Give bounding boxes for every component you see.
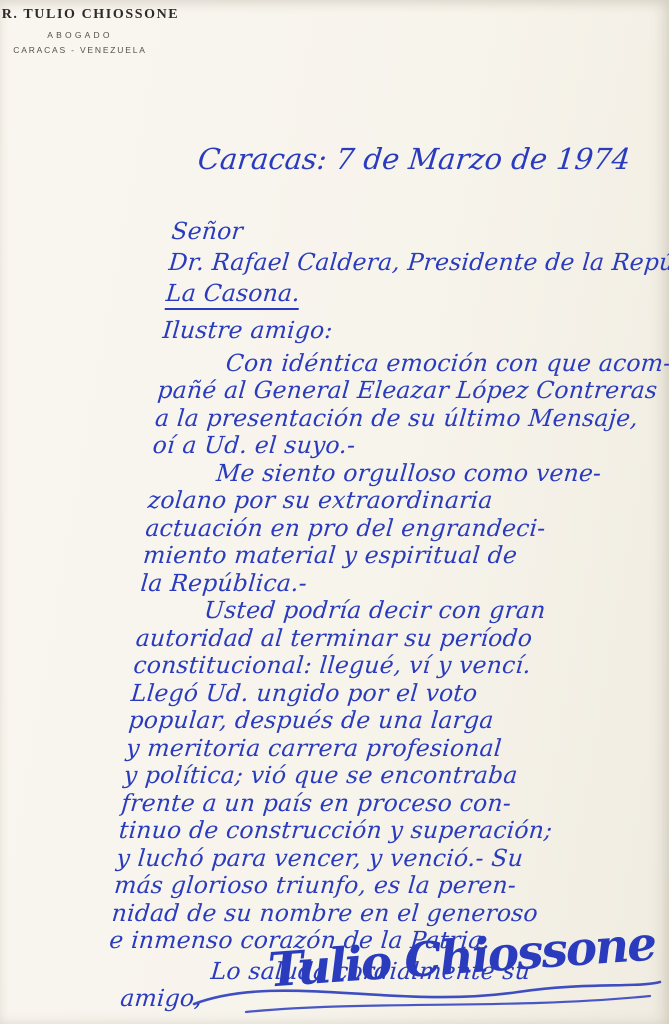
letter-body: Señor Dr. Rafael Caldera, Presidente de … bbox=[103, 216, 669, 1013]
letter-line: frente a un país en proceso con- bbox=[120, 790, 649, 818]
letter-line: a la presentación de su último Mensaje, bbox=[154, 405, 669, 433]
letter-line: Me siento orgulloso como vene- bbox=[149, 460, 669, 488]
letter-page: DR. TULIO CHIOSSONE ABOGADO CARACAS - VE… bbox=[0, 0, 669, 1024]
date-line: Caracas: 7 de Marzo de 1974 bbox=[196, 142, 632, 176]
letterhead: DR. TULIO CHIOSSONE ABOGADO CARACAS - VE… bbox=[0, 7, 170, 55]
letter-line: Usted podría decir con gran bbox=[137, 597, 666, 625]
letter-line: actuación en pro del engrandeci- bbox=[144, 515, 669, 543]
letter-line: Llegó Ud. ungido por el voto bbox=[130, 680, 659, 708]
letterhead-title: ABOGADO bbox=[0, 30, 170, 40]
letter-line: autoridad al terminar su período bbox=[135, 625, 664, 653]
letter-line: oí a Ud. el suyo.- bbox=[152, 432, 669, 460]
letter-line: popular, después de una larga bbox=[127, 707, 656, 735]
letterhead-location: CARACAS - VENEZUELA bbox=[0, 45, 170, 55]
letterhead-name: DR. TULIO CHIOSSONE bbox=[0, 7, 170, 23]
letter-line: pañé al General Eleazar López Contreras bbox=[156, 377, 669, 405]
letter-line: zolano por su extraordinaria bbox=[147, 487, 669, 515]
recipient-line: Señor bbox=[170, 216, 669, 247]
letter-line: Con idéntica emoción con que acom- bbox=[159, 350, 669, 378]
letter-line: y meritoria carrera profesional bbox=[125, 735, 654, 763]
letter-line: miento material y espiritual de bbox=[142, 542, 669, 570]
recipient-line-underlined: La Casona. bbox=[165, 278, 669, 309]
letter-line: y política; vió que se encontraba bbox=[123, 762, 652, 790]
letter-line: constitucional: llegué, ví y vencí. bbox=[132, 652, 661, 680]
salutation: Ilustre amigo: bbox=[162, 317, 669, 345]
letter-line: y luchó para vencer, y venció.- Su bbox=[115, 845, 644, 873]
recipient-line: Dr. Rafael Caldera, Presidente de la Rep… bbox=[167, 247, 669, 278]
letter-line: tinuo de construcción y superación; bbox=[118, 817, 647, 845]
letter-line: la República.- bbox=[140, 570, 669, 598]
letter-line: más glorioso triunfo, es la peren- bbox=[113, 872, 642, 900]
